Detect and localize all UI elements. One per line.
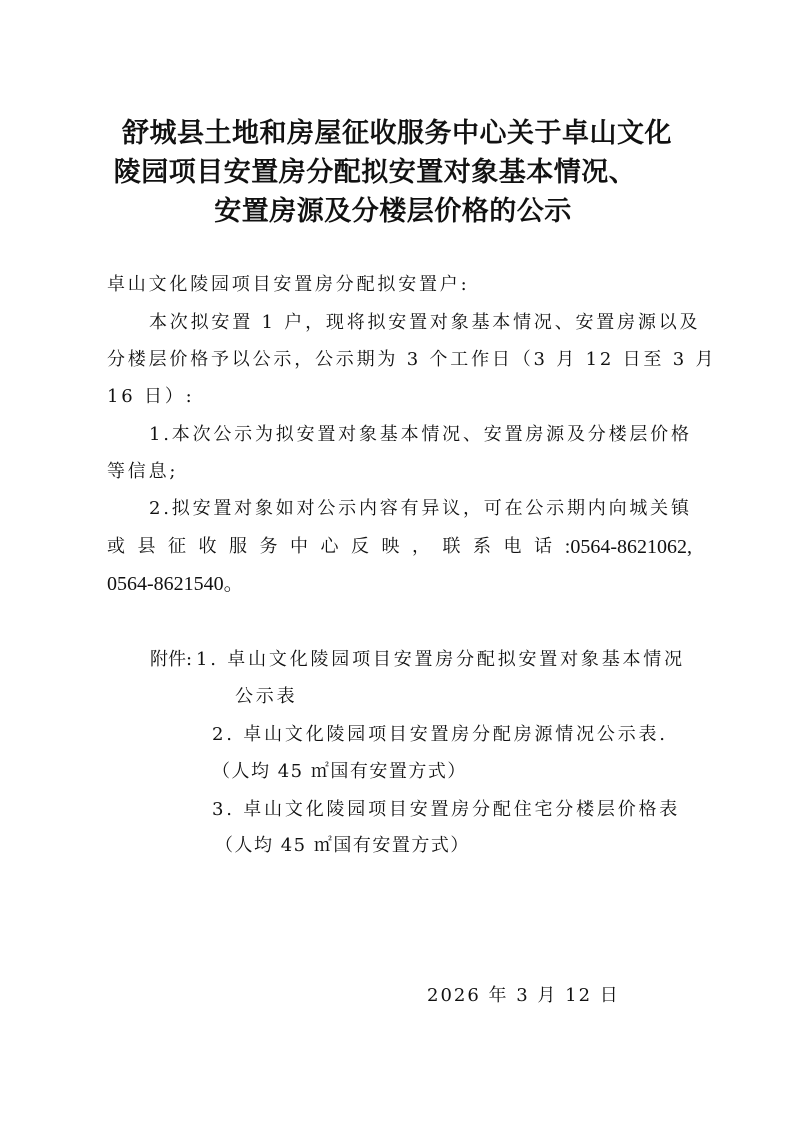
item1-line-2: 等信息; [107,460,178,484]
attachment-1-line-1: 1. 卓山文化陵园项目安置房分配拟安置对象基本情况 [196,648,685,672]
phone-number-2: 0564-8621540。 [107,572,244,596]
attachment-2-line-2: （人均 45 ㎡国有安置方式） [212,760,467,784]
contact-label: 或县征收服务中心反映，联系电话 [107,535,565,559]
item2-line-2: 或县征收服务中心反映，联系电话 :0564-8621062, [107,535,692,559]
document-date: 2026 年 3 月 12 日 [427,984,620,1008]
attachment-2-line-1: 2. 卓山文化陵园项目安置房分配房源情况公示表. [212,723,668,747]
attachment-1-line-2: 公示表 [235,685,297,709]
title-line-2: 陵园项目安置房分配拟安置对象基本情况、 [0,157,772,189]
attachment-3-line-2: （人均 45 ㎡国有安置方式） [215,834,470,858]
intro-line-2: 分楼层价格予以公示，公示期为 3 个工作日（3 月 12 日至 3 月 [107,348,716,372]
item1-line-1: 1.本次公示为拟安置对象基本情况、安置房源及分楼层价格 [149,423,692,447]
intro-line-1: 本次拟安置 1 户，现将拟安置对象基本情况、安置房源以及 [149,311,700,335]
item2-contact-text: 或县征收服务中心反映，联系电话 [107,535,507,559]
salutation: 卓山文化陵园项目安置房分配拟安置户: [107,273,469,297]
title-line-1: 舒城县土地和房屋征收服务中心关于卓山文化 [0,118,794,150]
phone-number-1: :0564-8621062, [565,535,692,559]
intro-line-3: 16 日）: [107,385,195,409]
attachments-label: 附件: [150,648,192,672]
title-line-3: 安置房源及分楼层价格的公示 [0,196,790,228]
document-page: 舒城县土地和房屋征收服务中心关于卓山文化 陵园项目安置房分配拟安置对象基本情况、… [0,0,794,1122]
item2-line-1: 2.拟安置对象如对公示内容有异议，可在公示期内向城关镇 [149,497,692,521]
attachment-3-line-1: 3. 卓山文化陵园项目安置房分配住宅分楼层价格表 [212,798,680,822]
